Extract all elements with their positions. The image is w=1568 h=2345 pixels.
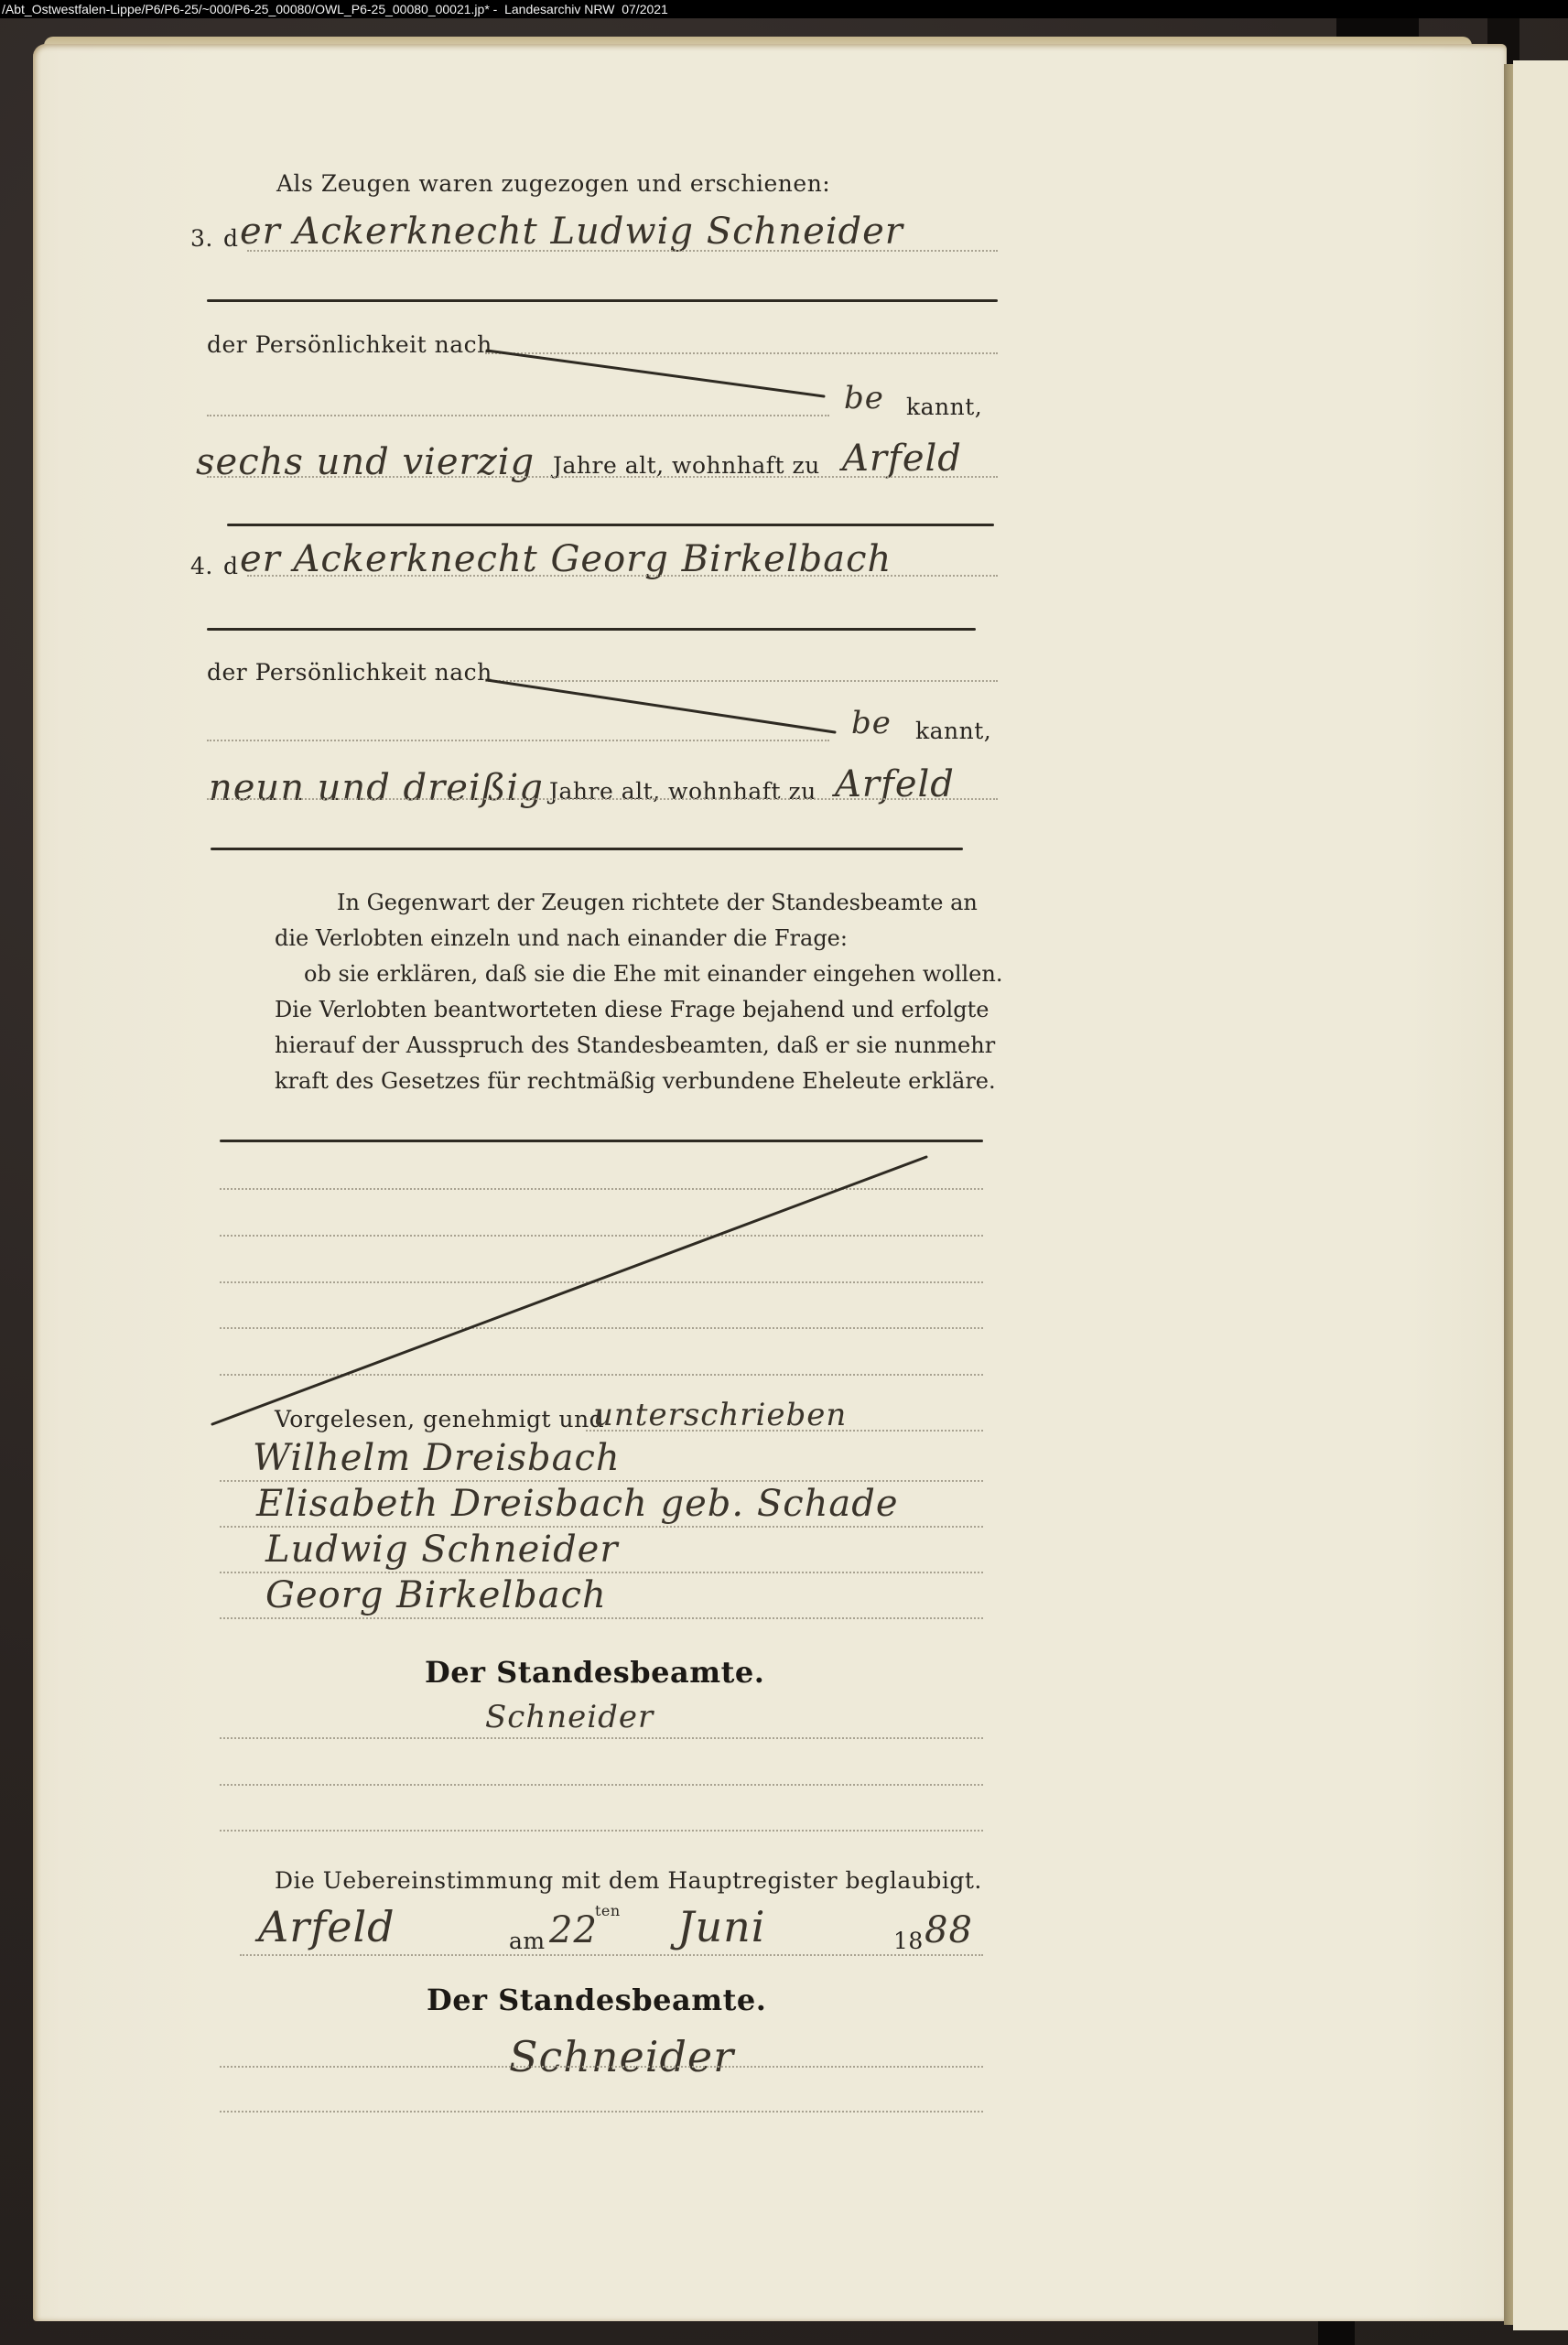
cancellation-strokes bbox=[0, 0, 1568, 2345]
